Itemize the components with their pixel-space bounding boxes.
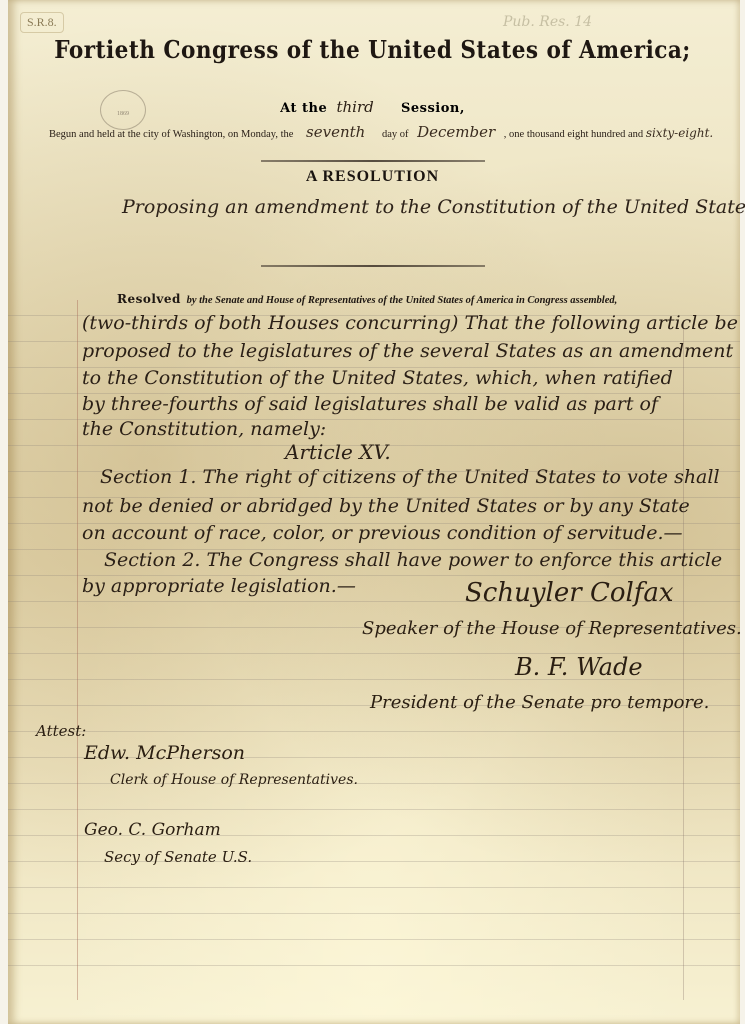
begun-part2: day of [382,129,409,140]
president-signature: B. F. Wade [515,653,643,681]
begun-month: December [417,123,495,141]
begun-year: sixty-eight. [646,126,713,140]
document-title: Fortieth Congress of the United States o… [37,35,708,64]
begun-day: seventh [306,123,365,141]
right-margin-line [683,320,684,1000]
resolved-word: Resolved [117,292,181,306]
article-line: by appropriate legislation.— [82,575,356,597]
article-line: on account of race, color, or previous c… [82,522,683,544]
body-line: to the Constitution of the United States… [82,367,673,389]
divider-bottom [261,265,485,267]
begun-line: Begun and held at the city of Washington… [49,123,713,141]
session-prefix: At the [280,101,327,116]
speaker-signature: Schuyler Colfax [465,578,674,608]
left-margin-line [77,300,78,1000]
body-line: (two-thirds of both Houses concurring) T… [82,312,738,334]
secretary-title: Secy of Senate U.S. [104,848,252,866]
session-suffix: Session, [401,101,465,116]
session-value: third [336,98,373,116]
article-line: Section 2. The Congress shall have power… [104,549,722,571]
corner-note-left: S.R.8. [20,12,64,33]
clerk-title: Clerk of House of Representatives. [110,772,358,788]
divider-top [261,160,485,162]
attest-label: Attest: [36,722,86,740]
begun-part3: , one thousand eight hundred and [504,129,643,140]
resolution-heading: A RESOLUTION [0,168,745,186]
resolved-rest: by the Senate and House of Representativ… [187,295,618,306]
body-line: proposed to the legislatures of the seve… [82,340,733,362]
clerk-signature: Edw. McPherson [84,742,245,764]
speaker-title: Speaker of the House of Representatives. [362,618,742,639]
body-line: the Constitution, namely: [82,418,326,440]
article-title: Article XV. [285,440,391,464]
resolution-subject: Proposing an amendment to the Constituti… [122,196,745,218]
president-title: President of the Senate pro tempore. [370,692,709,713]
corner-note-right: Pub. Res. 14 [503,14,592,30]
begun-part1: Begun and held at the city of Washington… [49,129,293,140]
article-line: Section 1. The right of citizens of the … [100,466,720,488]
secretary-signature: Geo. C. Gorham [84,820,221,840]
body-line: by three-fourths of said legislatures sh… [82,393,658,415]
resolved-clause: Resolved by the Senate and House of Repr… [117,292,617,306]
article-line: not be denied or abridged by the United … [82,495,690,517]
session-line: At the third Session, [0,98,745,116]
